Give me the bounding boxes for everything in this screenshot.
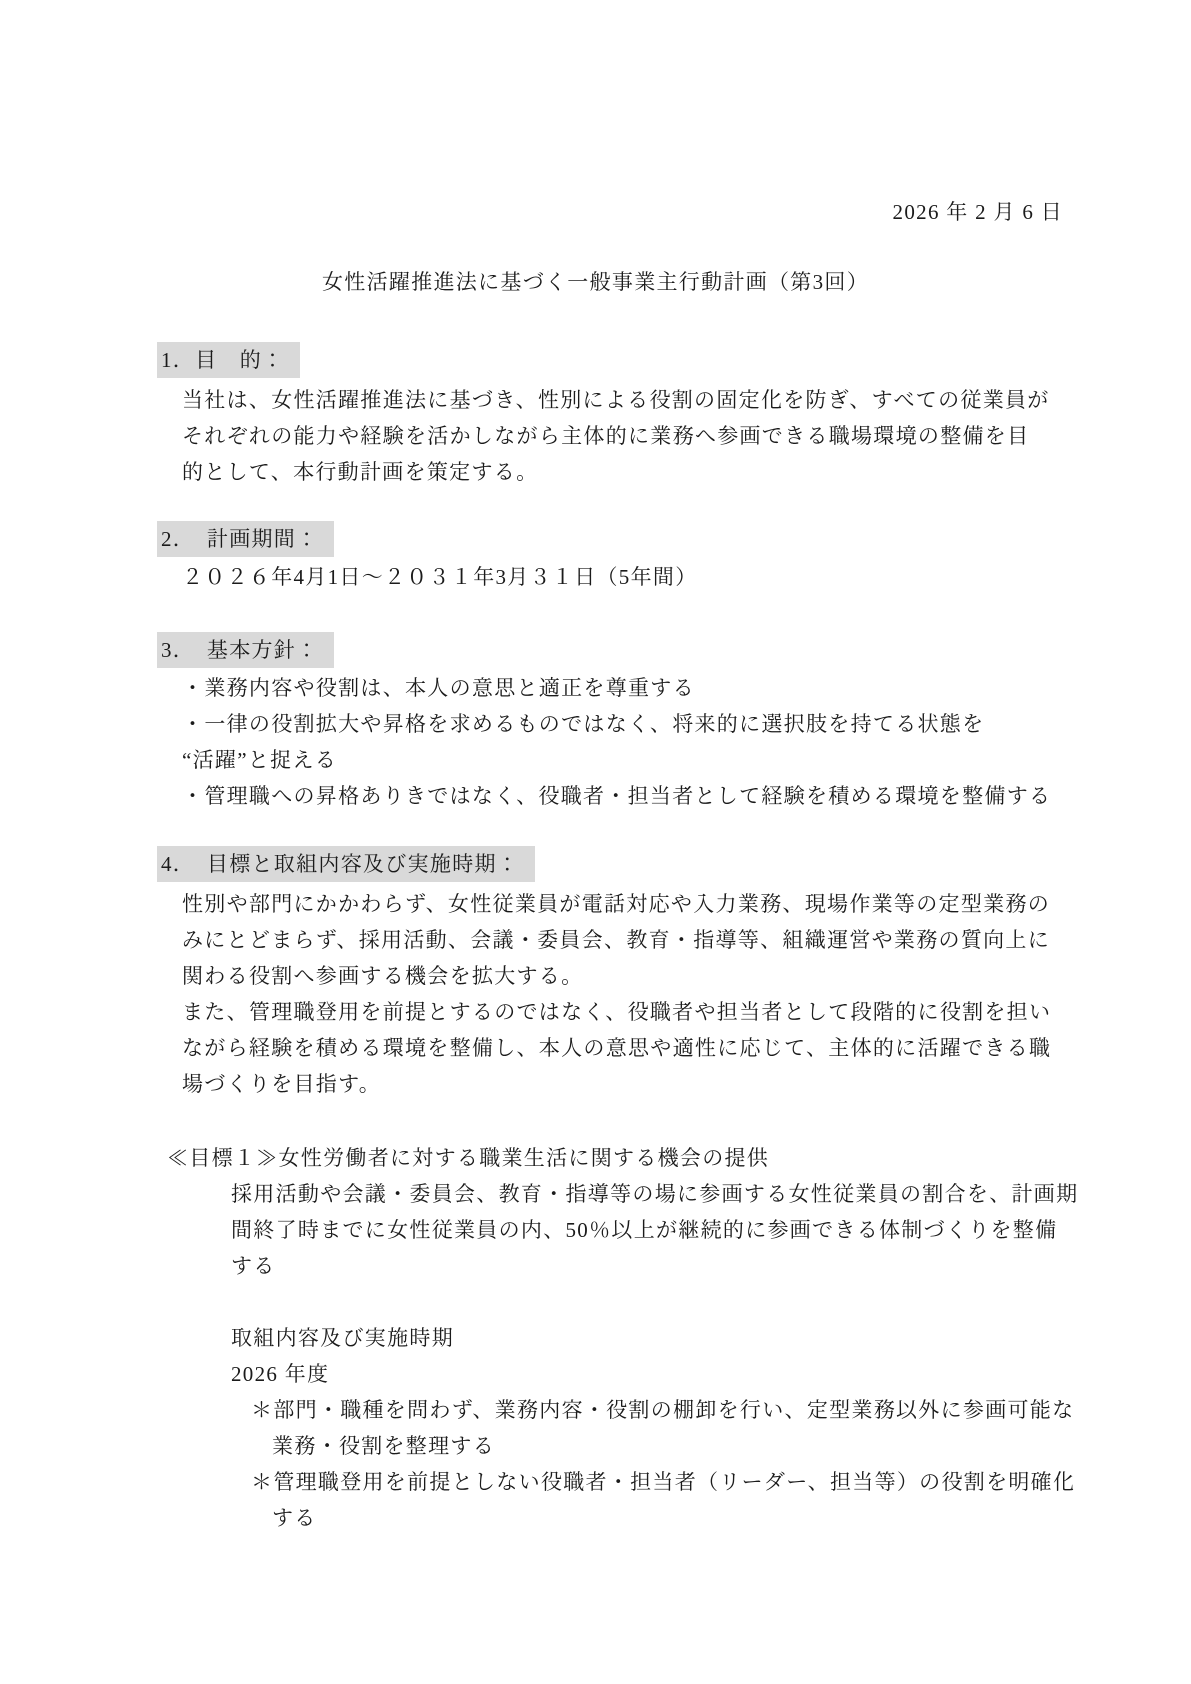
document-page: 2026 年 2 月 6 日 女性活躍推進法に基づく一般事業主行動計画（第3回）… [0,0,1191,1684]
goal-1-body-line: する [0,1248,1191,1284]
section-4-paragraph-line: 性別や部門にかかわらず、女性従業員が電話対応や入力業務、現場作業等の定型業務の [0,886,1191,922]
section-2-period-line: ２０２６年4月1日～２０３１年3月３１日（5年間） [0,559,1191,595]
section-1-heading-highlight: 1．目 的： [157,342,300,378]
implementation-item-continuation: 業務・役割を整理する [0,1428,1191,1464]
section-2-heading-line: 2． 計画期間： [0,521,1191,557]
document-title: 女性活躍推進法に基づく一般事業主行動計画（第3回） [0,264,1191,300]
implementation-item-continuation: する [0,1500,1191,1536]
policy-continuation-line: “活躍”と捉える [0,742,1191,778]
implementation-item-line: ＊部門・職種を問わず、業務内容・役割の棚卸を行い、定型業務以外に参画可能な [0,1392,1191,1428]
section-3-heading-line: 3． 基本方針： [0,632,1191,668]
item-text: 部門・職種を問わず、業務内容・役割の棚卸を行い、定型業務以外に参画可能な [273,1398,1074,1422]
section-4-paragraph-line: ながら経験を積める環境を整備し、本人の意思や適性に応じて、主体的に活躍できる職 [0,1030,1191,1066]
goal-1-body-line: 間終了時までに女性従業員の内、50％以上が継続的に参画できる体制づくりを整備 [0,1212,1191,1248]
policy-text: 一律の役割拡大や昇格を求めるものではなく、将来的に選択肢を持てる状態を [204,712,984,736]
section-1-paragraph-line: 的として、本行動計画を策定する。 [0,454,1191,490]
policy-text: 管理職への昇格ありきではなく、役職者・担当者として経験を積める環境を整備する [204,784,1051,808]
section-4-paragraph-line: 場づくりを目指す。 [0,1066,1191,1102]
bullet-marker: ・ [182,784,204,808]
asterisk-marker: ＊ [251,1470,273,1494]
policy-bullet-line: ・管理職への昇格ありきではなく、役職者・担当者として経験を積める環境を整備する [0,778,1191,814]
asterisk-marker: ＊ [251,1398,273,1422]
bullet-marker: ・ [182,676,204,700]
policy-bullet-line: ・業務内容や役割は、本人の意思と適正を尊重する [0,670,1191,706]
goal-1-body-line: 採用活動や会議・委員会、教育・指導等の場に参画する女性従業員の割合を、計画期 [0,1176,1191,1212]
section-1-paragraph-line: 当社は、女性活躍推進法に基づき、性別による役割の固定化を防ぎ、すべての従業員が [0,382,1191,418]
bullet-marker: ・ [182,712,204,736]
goal-1-heading: ≪目標１≫女性労働者に対する職業生活に関する機会の提供 [0,1140,1191,1176]
fiscal-year-label: 2026 年度 [0,1356,1191,1392]
section-4-heading-line: 4． 目標と取組内容及び実施時期： [0,846,1191,882]
policy-bullet-line: ・一律の役割拡大や昇格を求めるものではなく、将来的に選択肢を持てる状態を [0,706,1191,742]
section-4-paragraph-line: 関わる役割へ参画する機会を拡大する。 [0,958,1191,994]
item-text: 管理職登用を前提としない役職者・担当者（リーダー、担当等）の役割を明確化 [273,1470,1075,1494]
implementation-heading: 取組内容及び実施時期 [0,1320,1191,1356]
section-2-heading-highlight: 2． 計画期間： [157,521,334,557]
section-4-heading-highlight: 4． 目標と取組内容及び実施時期： [157,846,535,882]
implementation-item-line: ＊管理職登用を前提としない役職者・担当者（リーダー、担当等）の役割を明確化 [0,1464,1191,1500]
policy-text: “活躍”と捉える [182,748,337,772]
section-4-paragraph-line: みにとどまらず、採用活動、会議・委員会、教育・指導等、組織運営や業務の質向上に [0,922,1191,958]
policy-text: 業務内容や役割は、本人の意思と適正を尊重する [204,676,695,700]
section-1-paragraph-line: それぞれの能力や経験を活かしながら主体的に業務へ参画できる職場環境の整備を目 [0,418,1191,454]
section-3-heading-highlight: 3． 基本方針： [157,632,334,668]
document-date: 2026 年 2 月 6 日 [0,194,1191,230]
section-1-heading-line: 1．目 的： [0,342,1191,378]
section-4-paragraph-line: また、管理職登用を前提とするのではなく、役職者や担当者として段階的に役割を担い [0,994,1191,1030]
